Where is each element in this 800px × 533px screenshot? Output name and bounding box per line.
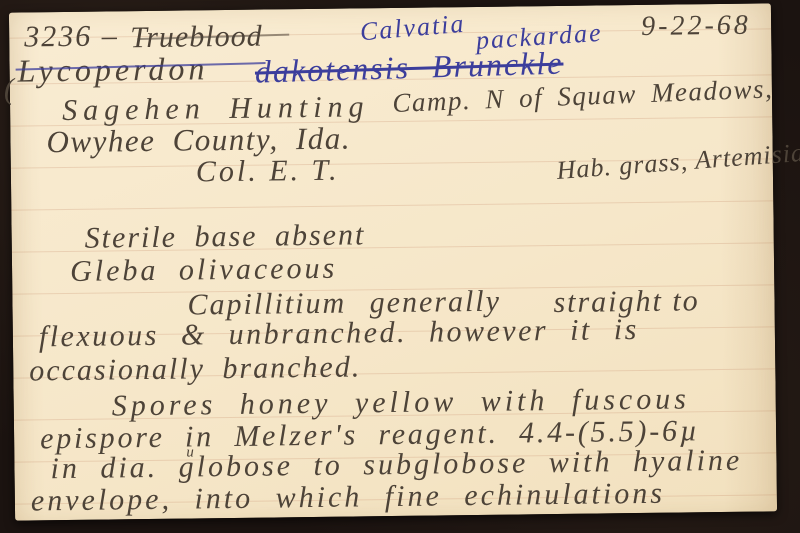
note-occasionally-branched: occasionally branched. xyxy=(29,352,361,386)
collection-date: 9-22-68 xyxy=(641,12,751,41)
locality-county: Owyhee County, Ida. xyxy=(46,123,351,158)
crossed-species: dakotensis Brunckle xyxy=(254,47,563,88)
accession-number: 3236 – xyxy=(24,21,119,52)
note-flexuous: flexuous & unbranched. however it is xyxy=(39,315,639,352)
revised-genus: Calvatia xyxy=(359,11,466,46)
collector-abbreviation: Col. E. T. xyxy=(196,156,340,188)
note-gleba: Gleba olivaceous xyxy=(70,254,337,287)
paren-mark: ( xyxy=(4,75,14,105)
habitat-note: Hab. grass, Artemisia xyxy=(556,140,800,184)
photo-background: 3236 – Trueblood Calvatia packardae 9-22… xyxy=(0,0,800,533)
index-card: 3236 – Trueblood Calvatia packardae 9-22… xyxy=(9,3,777,520)
insertion-mark: u xyxy=(186,444,194,461)
note-envelope: envelope, into which fine echinulations xyxy=(31,479,665,517)
note-sterile-base: Sterile base absent xyxy=(85,220,366,253)
